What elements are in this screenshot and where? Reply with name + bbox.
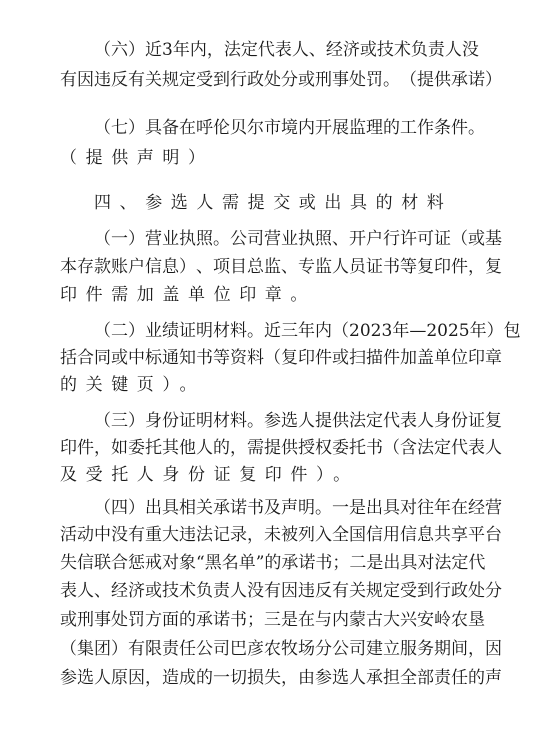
material-4-line-1: （四）出具相关承诺书及声明。一是出具对往年在经营: [94, 496, 468, 520]
material-3-line-1: （三）身份证明材料。参选人提供法定代表人身份证复: [94, 409, 468, 433]
material-1-line-3: 印件需加盖单位印章。: [60, 283, 468, 307]
material-4-line-5: 或刑事处罚方面的承诺书；三是在与内蒙古大兴安岭农垦: [60, 608, 468, 632]
item-7-line-2: （提供声明）: [60, 146, 468, 170]
material-2-line-1: （二）业绩证明材料。近三年内（2023年—2025年）包: [94, 319, 468, 343]
material-2-line-3: 的关键页）。: [60, 373, 468, 397]
material-3-line-3: 及受托人身份证复印件）。: [60, 463, 468, 487]
item-7-line-1: （七）具备在呼伦贝尔市境内开展监理的工作条件。: [94, 116, 468, 140]
item-6-line-1: （六）近3年内，法定代表人、经济或技术负责人没: [94, 38, 468, 62]
material-4-line-3: 失信联合惩戒对象“黑名单”的承诺书；二是出具对法定代: [60, 551, 468, 575]
material-4-line-2: 活动中没有重大违法记录，未被列入全国信用信息共享平台: [60, 523, 468, 547]
material-1-line-1: （一）营业执照。公司营业执照、开户行许可证（或基: [94, 227, 468, 251]
material-2-line-2: 括合同或中标通知书等资料（复印件或扫描件加盖单位印章: [60, 346, 468, 370]
material-4-line-4: 表人、经济或技术负责人没有因违反有关规定受到行政处分: [60, 579, 468, 603]
section-4-heading: 四、参选人需提交或出具的材料: [94, 191, 468, 215]
material-4-line-7: 参选人原因，造成的一切损失，由参选人承担全部责任的声: [60, 666, 468, 690]
item-6-line-2: 有因违反有关规定受到行政处分或刑事处罚。（提供承诺）: [60, 68, 468, 92]
document-page: （六）近3年内，法定代表人、经济或技术负责人没 有因违反有关规定受到行政处分或刑…: [0, 0, 536, 744]
material-3-line-2: 印件，如委托其他人的，需提供授权委托书（含法定代表人: [60, 436, 468, 460]
material-4-line-6: （集团）有限责任公司巴彦农牧场分公司建立服务期间，因: [60, 637, 468, 661]
material-1-line-2: 本存款账户信息）、项目总监、专监人员证书等复印件，复: [60, 255, 468, 279]
